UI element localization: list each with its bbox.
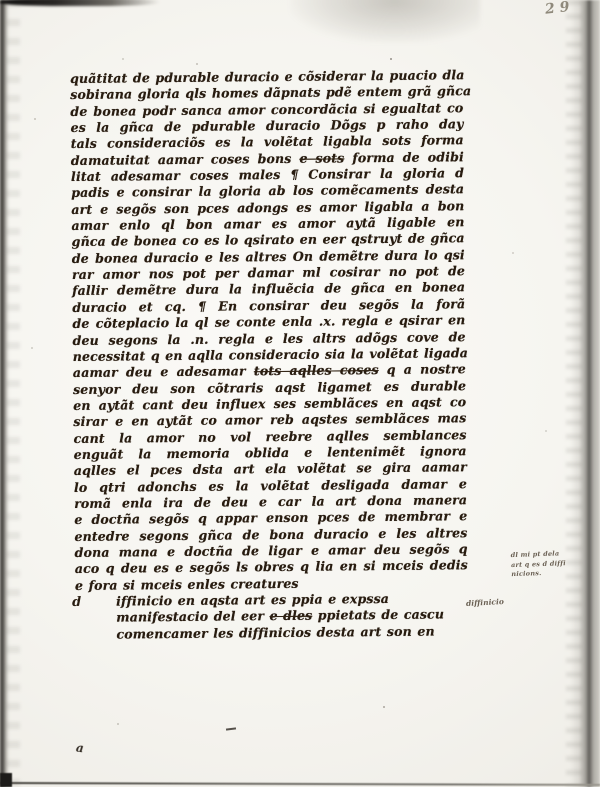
manuscript-text-block: quãtitat de pdurable duracio e cõsiderar… — [70, 67, 468, 643]
margin-note-definitions: dl mi pt dela art q es d diffi nicions. — [511, 549, 576, 580]
guide-letter: d — [72, 595, 81, 611]
page-edge-bottom-line — [0, 782, 600, 786]
manuscript-scan-page: 29 quãtitat de pdurable duracio e cõside… — [0, 0, 600, 787]
manuscript-lines: quãtitat de pdurable duracio e cõsiderar… — [70, 67, 468, 643]
binding-edge-left-fuzz — [6, 0, 20, 787]
paper-specks — [0, 0, 2, 2]
text-line: comencamer les diffinicios desta art son… — [116, 623, 468, 643]
page-edge-right-fuzz — [566, 0, 582, 787]
stray-ink-dash — [226, 727, 236, 730]
folio-number: 29 — [544, 0, 575, 17]
quire-mark: a — [75, 741, 84, 756]
top-edge-smear — [0, 0, 160, 6]
bottom-left-corner-mark — [0, 773, 12, 787]
margin-note-diffinicio: diffinicio — [466, 597, 504, 609]
top-center-smudge — [290, 0, 480, 43]
